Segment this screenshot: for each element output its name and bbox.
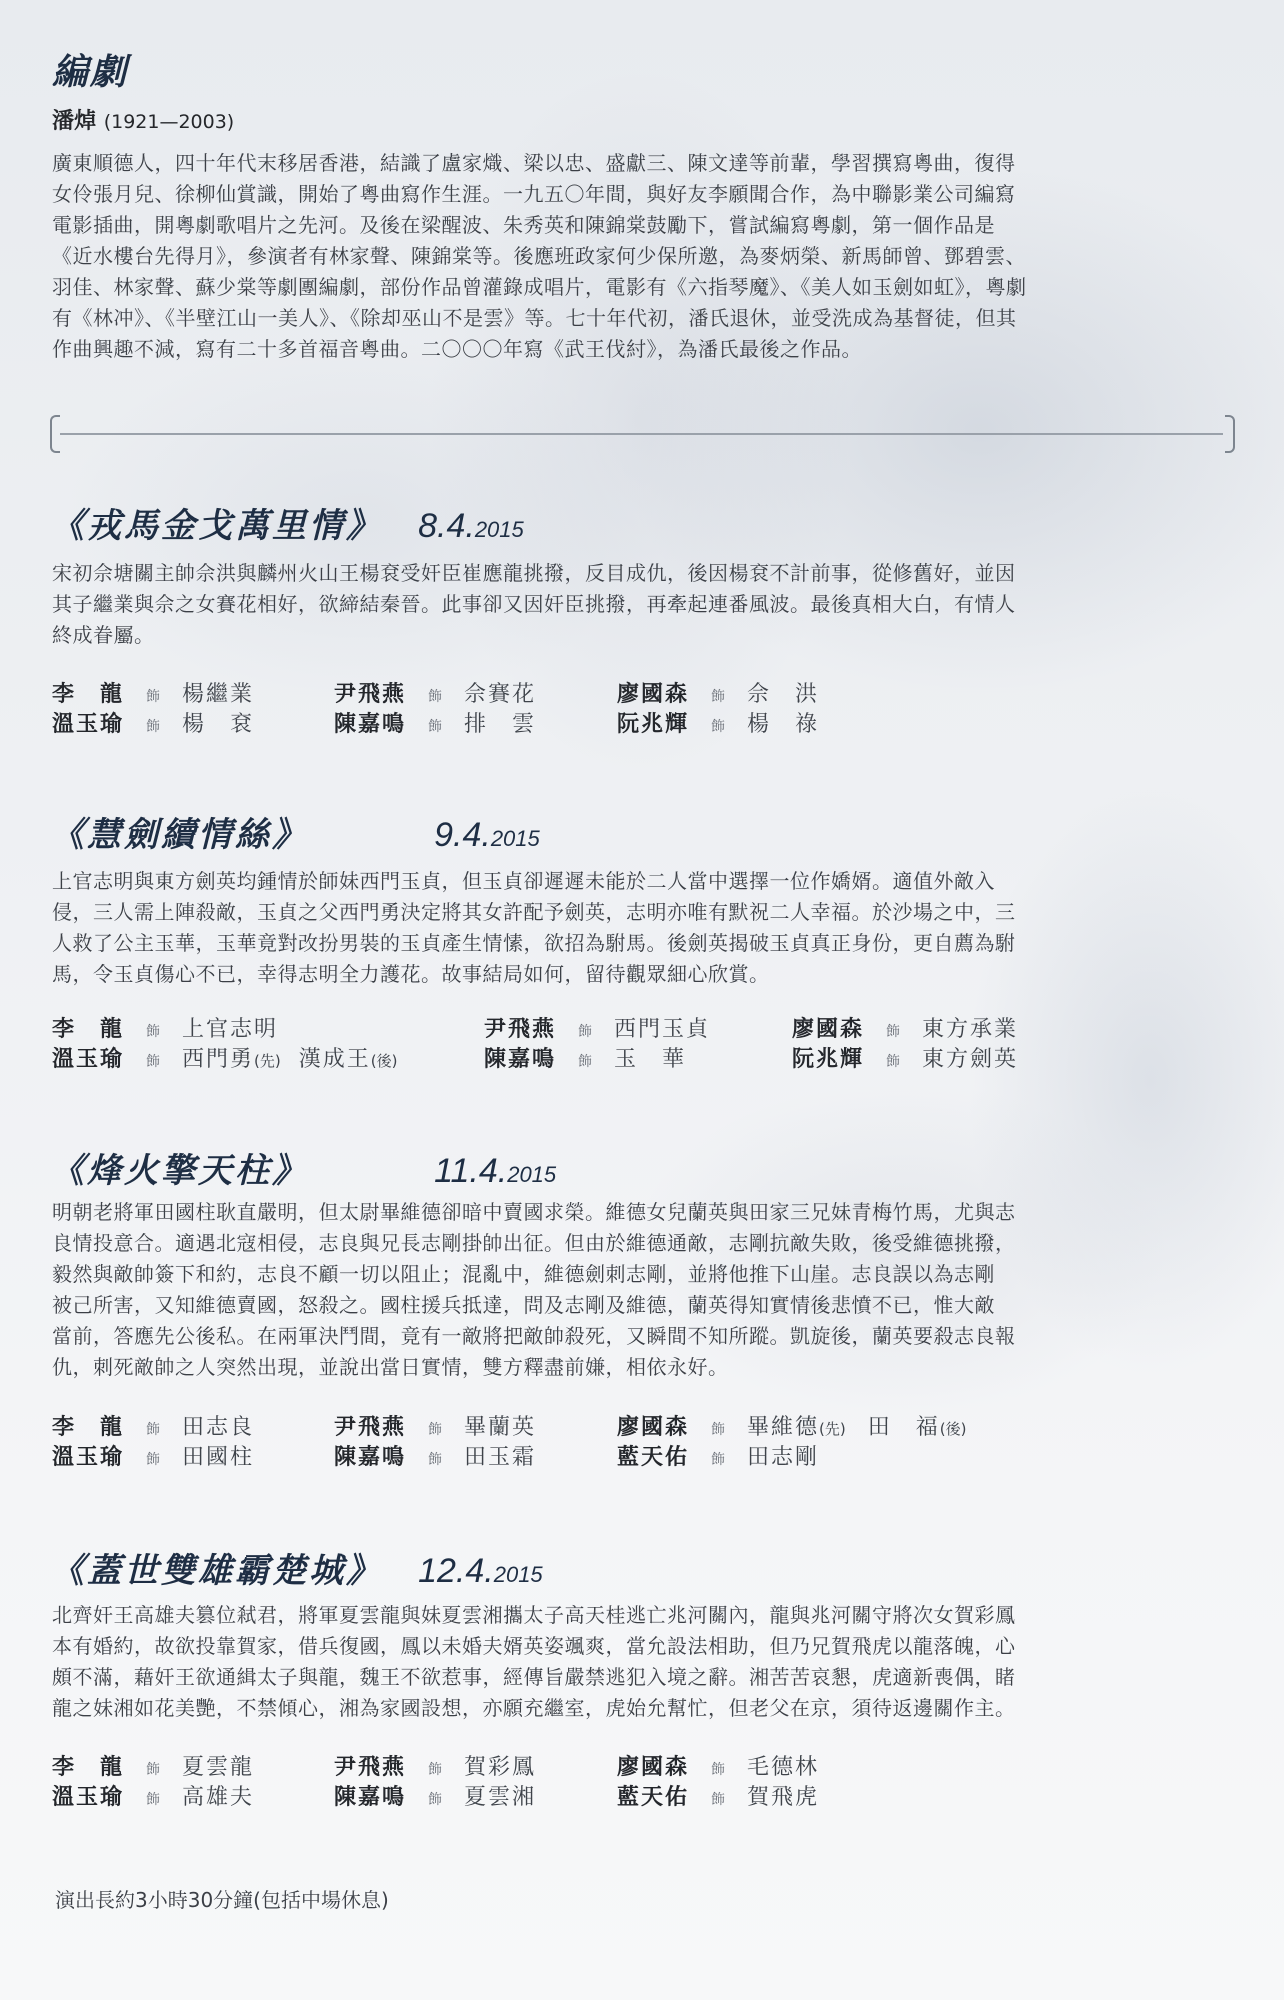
synopsis-line: 北齊奸王高雄夫篡位弒君，將軍夏雲龍與妹夏雲湘攜太子高天桂逃亡兆河關內，龍與兆河關… xyxy=(52,1600,1252,1631)
role-name: 楊 袞 xyxy=(182,712,254,737)
as-label: 飾 xyxy=(578,1054,592,1070)
role-name: 夏雲龍 xyxy=(182,1755,254,1780)
cast-entry: 陳嘉鳴飾玉 華 xyxy=(484,1042,686,1073)
actor-name: 溫玉瑜 xyxy=(52,1445,124,1470)
as-label: 飾 xyxy=(146,1792,160,1808)
cast-entry: 溫玉瑜飾西門勇(先)漢成王(後) xyxy=(52,1042,397,1073)
as-label: 飾 xyxy=(428,1762,442,1778)
actor-name: 廖國森 xyxy=(617,1755,689,1780)
actor-name: 尹飛燕 xyxy=(334,682,406,707)
actor-name: 藍天佑 xyxy=(617,1445,689,1470)
cast-entry: 李 龍飾上官志明 xyxy=(52,1012,278,1043)
date-year: 2015 xyxy=(494,1562,543,1587)
synopsis-line: 宋初佘塘關主帥佘洪與麟州火山王楊袞受奸臣崔應龍挑撥，反目成仇，後因楊袞不計前事，… xyxy=(52,558,1252,589)
cast-entry: 尹飛燕飾畢蘭英 xyxy=(334,1410,536,1441)
role-name: 毛德林 xyxy=(747,1755,819,1780)
synopsis-line: 人救了公主玉華，玉華竟對改扮男裝的玉貞產生情愫，欲招為駙馬。後劍英揭破玉貞真正身… xyxy=(52,928,1252,959)
section-divider xyxy=(50,415,1235,455)
as-label: 飾 xyxy=(711,1762,725,1778)
play-synopsis: 上官志明與東方劍英均鍾情於師妹西門玉貞，但玉貞卻遲遲未能於二人當中選擇一位作嬌婿… xyxy=(52,866,1252,990)
cast-entry: 李 龍飾楊繼業 xyxy=(52,677,254,708)
bio-line: 廣東順德人，四十年代末移居香港，結識了盧家熾、梁以忠、盛獻三、陳文達等前輩，學習… xyxy=(52,148,1252,179)
synopsis-line: 良情投意合。適遇北寇相侵，志良與兄長志剛掛帥出征。但由於維德通敵，志剛抗敵失敗，… xyxy=(52,1228,1252,1259)
actor-name: 尹飛燕 xyxy=(484,1017,556,1042)
actor-name: 尹飛燕 xyxy=(334,1755,406,1780)
role-name: 楊繼業 xyxy=(182,682,254,707)
play-title: 《烽火擎天柱》 xyxy=(50,1151,309,1191)
role-name: 田志良 xyxy=(182,1415,254,1440)
role-name: 佘 洪 xyxy=(747,682,819,707)
actor-name: 李 龍 xyxy=(52,1017,124,1042)
cast-entry: 阮兆輝飾楊 祿 xyxy=(617,707,819,738)
cast-entry: 陳嘉鳴飾排 雲 xyxy=(334,707,536,738)
as-label: 飾 xyxy=(428,1452,442,1468)
synopsis-line: 馬，令玉貞傷心不已，幸得志明全力護花。故事結局如何，留待觀眾細心欣賞。 xyxy=(52,959,1252,990)
bio-line: 《近水樓台先得月》，參演者有林家聲、陳錦棠等。後應班政家何少保所邀，為麥炳榮、新… xyxy=(52,241,1252,272)
bio-line: 作曲興趣不減，寫有二十多首福音粵曲。二〇〇〇年寫《武王伐紂》，為潘氏最後之作品。 xyxy=(52,334,1252,365)
play-title: 《蓋世雙雄霸楚城》 xyxy=(50,1551,383,1591)
role-name: 田志剛 xyxy=(747,1445,819,1470)
as-label: 飾 xyxy=(711,1792,725,1808)
synopsis-line: 侵，三人需上陣殺敵，玉貞之父西門勇決定將其女許配予劍英，志明亦唯有默祝二人幸福。… xyxy=(52,897,1252,928)
role-name: 賀彩鳳 xyxy=(464,1755,536,1780)
cast-entry: 廖國森飾畢維德(先)田 福(後) xyxy=(617,1410,966,1441)
actor-name: 溫玉瑜 xyxy=(52,712,124,737)
divider-line xyxy=(60,433,1223,435)
role-note: (後) xyxy=(371,1052,398,1070)
synopsis-line: 其子繼業與佘之女賽花相好，欲締結秦晉。此事卻又因奸臣挑撥，再牽起連番風波。最後真… xyxy=(52,589,1252,620)
cast-entry: 李 龍飾夏雲龍 xyxy=(52,1750,254,1781)
play-synopsis: 北齊奸王高雄夫篡位弒君，將軍夏雲龍與妹夏雲湘攜太子高天桂逃亡兆河關內，龍與兆河關… xyxy=(52,1600,1252,1724)
actor-name: 李 龍 xyxy=(52,1415,124,1440)
play-date: 9.4.2015 xyxy=(434,816,540,854)
actor-name: 阮兆輝 xyxy=(617,712,689,737)
role-name: 畢蘭英 xyxy=(464,1415,536,1440)
as-label: 飾 xyxy=(428,1422,442,1438)
role-name: 楊 祿 xyxy=(747,712,819,737)
actor-name: 李 龍 xyxy=(52,682,124,707)
as-label: 飾 xyxy=(886,1054,900,1070)
divider-bracket-right-icon xyxy=(1225,415,1235,453)
cast-entry: 尹飛燕飾賀彩鳳 xyxy=(334,1750,536,1781)
cast-entry: 陳嘉鳴飾夏雲湘 xyxy=(334,1780,536,1811)
cast-entry: 阮兆輝飾東方劍英 xyxy=(792,1042,1018,1073)
cast-entry: 陳嘉鳴飾田玉霜 xyxy=(334,1440,536,1471)
actor-name: 尹飛燕 xyxy=(334,1415,406,1440)
synopsis-line: 頗不滿，藉奸王欲通緝太子與龍，魏王不欲惹事，經傳旨嚴禁逃犯入境之辭。湘苦苦哀懇，… xyxy=(52,1662,1252,1693)
actor-name: 阮兆輝 xyxy=(792,1047,864,1072)
as-label: 飾 xyxy=(146,719,160,735)
play-heading: 《蓋世雙雄霸楚城》 12.4.2015 xyxy=(50,1543,543,1592)
as-label: 飾 xyxy=(146,1452,160,1468)
date-daymonth: 12.4. xyxy=(418,1552,494,1590)
role-note: (先) xyxy=(254,1052,281,1070)
writer-heading: 編劇 xyxy=(52,44,128,95)
cast-entry: 尹飛燕飾佘賽花 xyxy=(334,677,536,708)
role-name: 夏雲湘 xyxy=(464,1785,536,1810)
actor-name: 溫玉瑜 xyxy=(52,1047,124,1072)
play-date: 11.4.2015 xyxy=(434,1152,556,1190)
actor-name: 廖國森 xyxy=(617,682,689,707)
synopsis-line: 仇，刺死敵帥之人突然出現，並說出當日實情，雙方釋盡前嫌，相依永好。 xyxy=(52,1352,1252,1383)
play-heading: 《戎馬金戈萬里情》 8.4.2015 xyxy=(50,498,524,547)
play-heading: 《慧劍續情絲》 9.4.2015 xyxy=(50,807,540,856)
role-second: 漢成王 xyxy=(299,1047,371,1072)
role-name: 西門勇(先)漢成王(後) xyxy=(182,1047,397,1072)
cast-list: 李 龍飾田志良 尹飛燕飾畢蘭英 廖國森飾畢維德(先)田 福(後) 溫玉瑜飾田國柱… xyxy=(52,1410,1252,1480)
actor-name: 李 龍 xyxy=(52,1755,124,1780)
cast-entry: 藍天佑飾田志剛 xyxy=(617,1440,819,1471)
role-name: 高雄夫 xyxy=(182,1785,254,1810)
date-year: 2015 xyxy=(491,826,540,851)
actor-name: 廖國森 xyxy=(617,1415,689,1440)
cast-entry: 尹飛燕飾西門玉貞 xyxy=(484,1012,710,1043)
play-title: 《戎馬金戈萬里情》 xyxy=(50,506,383,546)
role-name: 東方承業 xyxy=(922,1017,1018,1042)
cast-list: 李 龍飾楊繼業 尹飛燕飾佘賽花 廖國森飾佘 洪 溫玉瑜飾楊 袞 陳嘉鳴飾排 雲 … xyxy=(52,677,1252,747)
as-label: 飾 xyxy=(711,719,725,735)
duration-note: 演出長約3小時30分鐘(包括中場休息) xyxy=(55,1884,389,1913)
role-name: 上官志明 xyxy=(182,1017,278,1042)
role-note: (先) xyxy=(819,1420,846,1438)
as-label: 飾 xyxy=(428,719,442,735)
as-label: 飾 xyxy=(428,1792,442,1808)
bio-line: 羽佳、林家聲、蘇少棠等劇團編劇，部份作品曾灌錄成唱片，電影有《六指琴魔》、《美人… xyxy=(52,272,1252,303)
role-name: 田國柱 xyxy=(182,1445,254,1470)
play-synopsis: 明朝老將軍田國柱耿直嚴明，但太尉畢維德卻暗中賣國求榮。維德女兒蘭英與田家三兄妹青… xyxy=(52,1197,1252,1383)
synopsis-line: 被己所害，又知維德賣國，怒殺之。國柱援兵抵達，問及志剛及維德，蘭英得知實情後悲憤… xyxy=(52,1290,1252,1321)
actor-name: 陳嘉鳴 xyxy=(484,1047,556,1072)
cast-list: 李 龍飾上官志明 尹飛燕飾西門玉貞 廖國森飾東方承業 溫玉瑜飾西門勇(先)漢成王… xyxy=(52,1012,1252,1082)
as-label: 飾 xyxy=(146,1024,160,1040)
actor-name: 廖國森 xyxy=(792,1017,864,1042)
as-label: 飾 xyxy=(711,1452,725,1468)
role-name: 賀飛虎 xyxy=(747,1785,819,1810)
role-note: (後) xyxy=(940,1420,967,1438)
as-label: 飾 xyxy=(886,1024,900,1040)
cast-entry: 溫玉瑜飾楊 袞 xyxy=(52,707,254,738)
writer-bio: 廣東順德人，四十年代末移居香港，結識了盧家熾、梁以忠、盛獻三、陳文達等前輩，學習… xyxy=(52,148,1252,365)
cast-entry: 廖國森飾東方承業 xyxy=(792,1012,1018,1043)
play-date: 12.4.2015 xyxy=(418,1552,543,1590)
cast-entry: 廖國森飾毛德林 xyxy=(617,1750,819,1781)
as-label: 飾 xyxy=(146,1762,160,1778)
synopsis-line: 終成眷屬。 xyxy=(52,620,1252,651)
cast-entry: 溫玉瑜飾高雄夫 xyxy=(52,1780,254,1811)
synopsis-line: 明朝老將軍田國柱耿直嚴明，但太尉畢維德卻暗中賣國求榮。維德女兒蘭英與田家三兄妹青… xyxy=(52,1197,1252,1228)
actor-name: 溫玉瑜 xyxy=(52,1785,124,1810)
role-first: 畢維德 xyxy=(747,1415,819,1440)
date-daymonth: 11.4. xyxy=(434,1152,507,1190)
role-name: 西門玉貞 xyxy=(614,1017,710,1042)
as-label: 飾 xyxy=(711,689,725,705)
bio-line: 女伶張月兒、徐柳仙賞識，開始了粵曲寫作生涯。一九五〇年間，與好友李願聞合作，為中… xyxy=(52,179,1252,210)
date-year: 2015 xyxy=(507,1162,556,1187)
role-name: 田玉霜 xyxy=(464,1445,536,1470)
as-label: 飾 xyxy=(146,1422,160,1438)
actor-name: 陳嘉鳴 xyxy=(334,1445,406,1470)
actor-name: 陳嘉鳴 xyxy=(334,712,406,737)
as-label: 飾 xyxy=(146,689,160,705)
synopsis-line: 毅然與敵帥簽下和約，志良不顧一切以阻止；混亂中，維德劍刺志剛，並將他推下山崖。志… xyxy=(52,1259,1252,1290)
synopsis-line: 龍之妹湘如花美艷，不禁傾心，湘為家國設想，亦願充繼室，虎始允幫忙，但老父在京，須… xyxy=(52,1693,1252,1724)
writer-name: 潘焯 xyxy=(52,109,96,134)
play-heading: 《烽火擎天柱》 11.4.2015 xyxy=(50,1143,556,1192)
divider-bracket-left-icon xyxy=(50,415,60,453)
play-synopsis: 宋初佘塘關主帥佘洪與麟州火山王楊袞受奸臣崔應龍挑撥，反目成仇，後因楊袞不計前事，… xyxy=(52,558,1252,651)
role-name: 玉 華 xyxy=(614,1047,686,1072)
role-first: 西門勇 xyxy=(182,1047,254,1072)
cast-entry: 李 龍飾田志良 xyxy=(52,1410,254,1441)
writer-years: (1921—2003) xyxy=(104,111,235,133)
role-name: 東方劍英 xyxy=(922,1047,1018,1072)
as-label: 飾 xyxy=(146,1054,160,1070)
synopsis-line: 本有婚約，故欲投靠賀家，借兵復國，鳳以未婚夫婿英姿颯爽，當允設法相助，但乃兄賀飛… xyxy=(52,1631,1252,1662)
cast-entry: 溫玉瑜飾田國柱 xyxy=(52,1440,254,1471)
cast-entry: 藍天佑飾賀飛虎 xyxy=(617,1780,819,1811)
role-second: 田 福 xyxy=(868,1415,940,1440)
cast-list: 李 龍飾夏雲龍 尹飛燕飾賀彩鳳 廖國森飾毛德林 溫玉瑜飾高雄夫 陳嘉鳴飾夏雲湘 … xyxy=(52,1750,1252,1820)
writer-name-line: 潘焯 (1921—2003) xyxy=(52,104,234,135)
synopsis-line: 上官志明與東方劍英均鍾情於師妹西門玉貞，但玉貞卻遲遲未能於二人當中選擇一位作嬌婿… xyxy=(52,866,1252,897)
role-name: 排 雲 xyxy=(464,712,536,737)
as-label: 飾 xyxy=(711,1422,725,1438)
play-title: 《慧劍續情絲》 xyxy=(50,815,309,855)
as-label: 飾 xyxy=(578,1024,592,1040)
as-label: 飾 xyxy=(428,689,442,705)
role-name: 畢維德(先)田 福(後) xyxy=(747,1415,966,1440)
synopsis-line: 當前，答應先公後私。在兩軍決鬥間，竟有一敵將把敵帥殺死，又瞬間不知所蹤。凱旋後，… xyxy=(52,1321,1252,1352)
date-daymonth: 9.4. xyxy=(434,816,491,854)
actor-name: 藍天佑 xyxy=(617,1785,689,1810)
play-date: 8.4.2015 xyxy=(418,507,524,545)
bio-line: 有《林冲》、《半壁江山一美人》、《除却巫山不是雲》等。七十年代初，潘氏退休，並受… xyxy=(52,303,1252,334)
date-daymonth: 8.4. xyxy=(418,507,475,545)
bio-line: 電影插曲，開粵劇歌唱片之先河。及後在梁醒波、朱秀英和陳錦棠鼓勵下，嘗試編寫粵劇，… xyxy=(52,210,1252,241)
program-page: 編劇 潘焯 (1921—2003) 廣東順德人，四十年代末移居香港，結識了盧家熾… xyxy=(0,0,1284,2000)
actor-name: 陳嘉鳴 xyxy=(334,1785,406,1810)
role-name: 佘賽花 xyxy=(464,682,536,707)
cast-entry: 廖國森飾佘 洪 xyxy=(617,677,819,708)
date-year: 2015 xyxy=(475,517,524,542)
